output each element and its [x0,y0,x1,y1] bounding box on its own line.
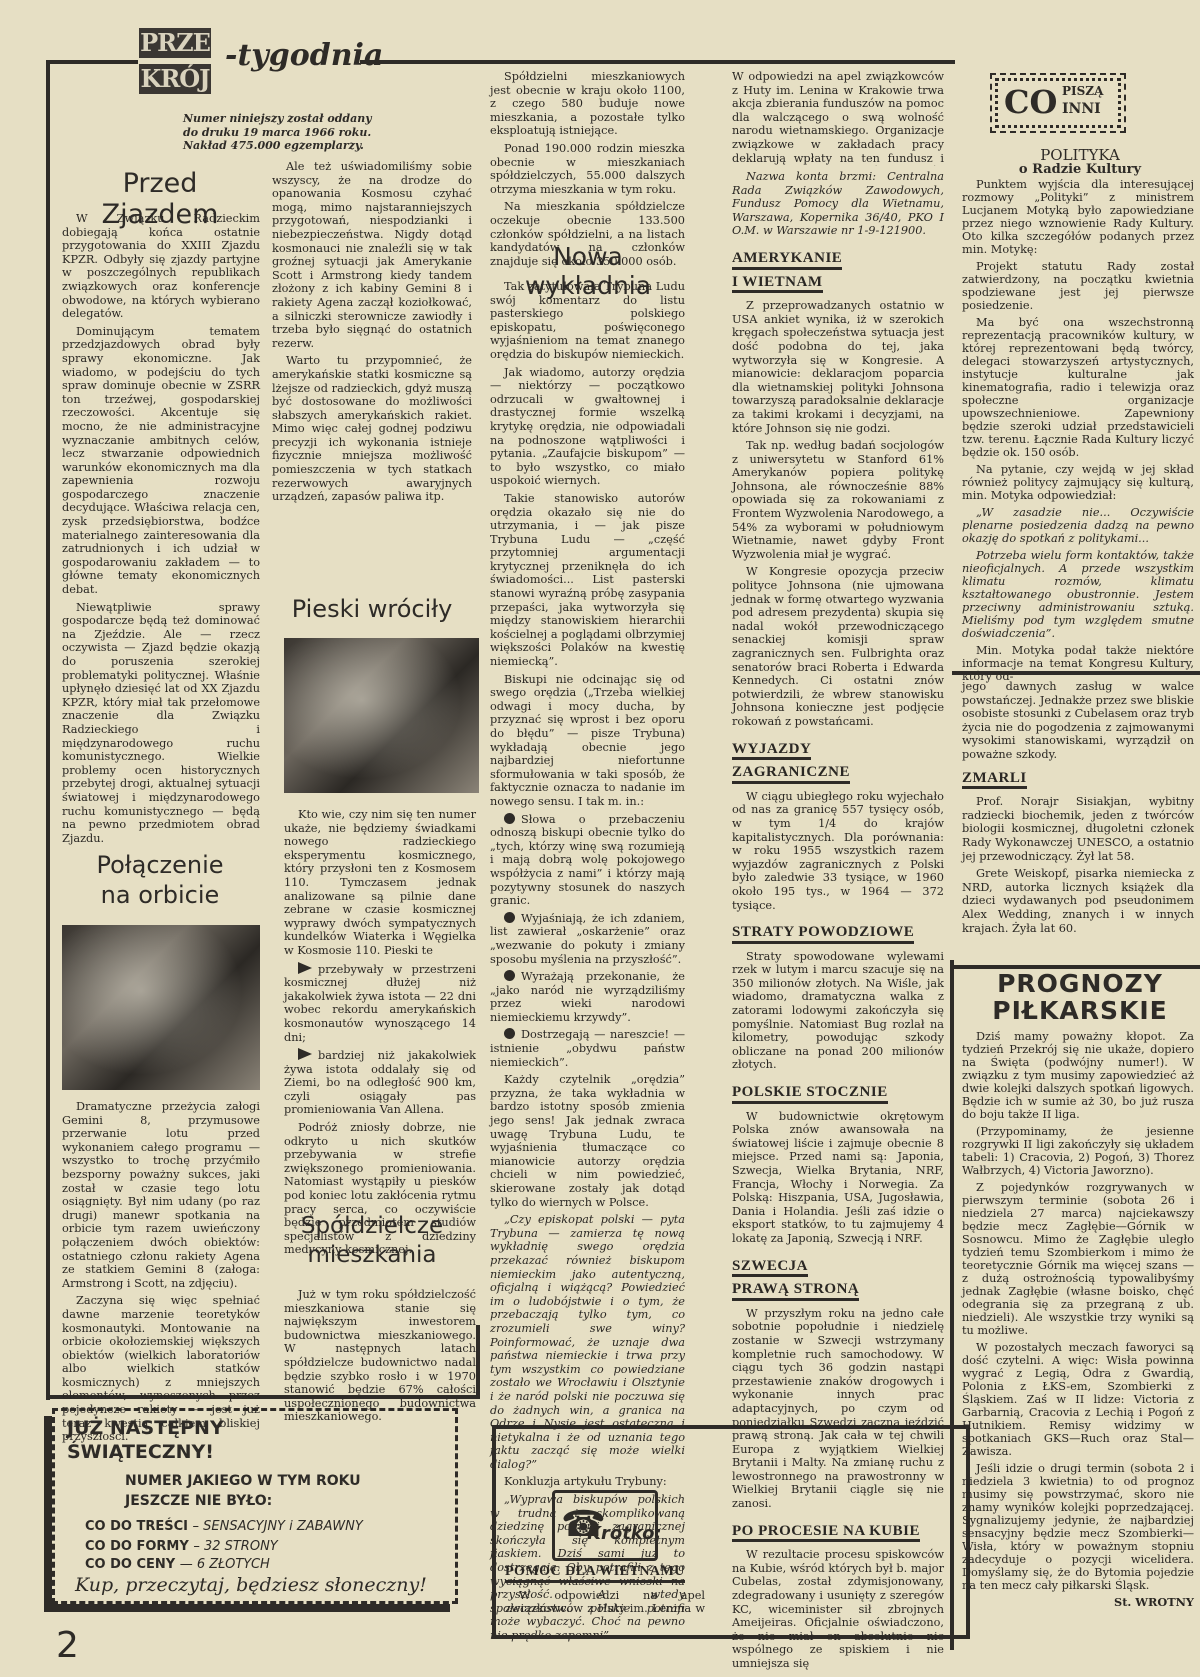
promo-row-tresc: CO DO TREŚCI – SENSACYJNY i ZABAWNY [85,1519,363,1534]
promo-label: CO DO FORMY [85,1539,189,1554]
promo-slogan: Kup, przeczytaj, będziesz słoneczny! [75,1574,427,1596]
round-bullet-icon [504,1028,515,1039]
heading-prawa-strona: PRAWĄ STRONĄ [732,1283,859,1301]
paragraph: (Przypominamy, że jesienne rozgrywki II … [962,1125,1194,1177]
paragraph: Tak zatytułowała Trybuna Ludu swój komen… [490,280,685,362]
paragraph: Takie stanowisko autorów orędzia okazało… [490,492,685,669]
imprint-line: do druku 19 marca 1966 roku. [183,126,372,140]
paragraph: Niewątpliwie sprawy gospodarcze będą też… [62,601,260,846]
paragraph: jego dawnych zasług w walce powstańczej.… [962,680,1194,762]
imprint-line: Nakład 475.000 egzemplarzy. [183,139,372,153]
krotko-logo-label: Krótko: [587,1523,662,1544]
prognozy-frame-left [950,960,954,1650]
bullet-text: Słowa o przebaczeniu odnoszą biskupi obe… [490,813,685,908]
frame-mid-vertical [476,1325,480,1399]
promo-line3: NUMER JAKIEGO W TYM ROKU [125,1473,361,1489]
paragraph: W pozostałych meczach faworyci są dość c… [962,1341,1194,1458]
logo-co: CO [1004,83,1057,121]
triangle-bullet-icon [298,962,312,974]
paragraph: Spółdzielni mieszkaniowych jest obecnie … [490,70,685,138]
article-polaczenie: Dramatyczne przeżycia załogi Gemini 8, p… [62,1100,260,1448]
heading-pieski: Pieski wróciły [272,595,472,623]
photo-dogs [284,638,479,793]
heading-prognozy: PROGNOZY PIŁKARSKIE [960,970,1200,1024]
paragraph: W budownictwie okrętowym Polska znów awa… [732,1110,944,1246]
promo-value: – SENSACYJNY i ZABAWNY [193,1519,363,1534]
logo-pisza: PISZĄ [1062,84,1103,98]
krotko-item-pomoc: POMOC DLA WIETNAMU W odpowiedzi na apel … [505,1565,705,1621]
round-bullet-icon [504,912,515,923]
bullet-item: Słowa o przebaczeniu odnoszą biskupi obe… [490,813,685,908]
imprint-line: Numer niniejszy został oddany [183,112,372,126]
paragraph: W przyszłym roku na jedno całe sobotnie … [732,1307,944,1511]
promo-box: JUŻ NASTĘPNY ŚWIĄTECZNY! NUMER JAKIEGO W… [52,1408,458,1604]
article-przed-zjazdem: W Związku Radzieckim dobiegają końca ost… [62,212,260,849]
heading-i-wietnam: I WIETNAM [732,276,823,294]
article-spoldzielcze: Już w tym roku spółdzielczość mieszkanio… [284,1288,476,1428]
paragraph: Projekt statutu Rady został zatwierdzony… [962,260,1194,312]
imprint: Numer niniejszy został oddany do druku 1… [183,112,372,153]
promo-value: — 6 ZŁOTYCH [180,1557,270,1572]
paragraph: Straty spowodowane wylewami rzek w lutym… [732,950,944,1072]
bullet-item: Wyrażają przekonanie, że „jako naród nie… [490,970,685,1024]
krotko-item-kuba-cont: jego dawnych zasług w walce powstańczej.… [962,680,1194,939]
co-pisza-inni-logo: CO PISZĄ INNI [995,78,1121,128]
promo-row-forma: CO DO FORMY – 32 STRONY [85,1539,278,1554]
heading-straty-powodziowe: STRATY POWODZIOWE [732,926,914,944]
page-number: 2 [56,1625,79,1666]
bullet-item: przebywały w przestrzeni kosmicznej dłuż… [284,962,476,1045]
promo-line1: JUŻ NASTĘPNY [67,1417,224,1439]
heading-spoldzielcze: Spółdzielcze mieszkania [272,1212,472,1270]
triangle-bullet-icon [298,1048,312,1060]
promo-line2: ŚWIĄTECZNY! [67,1441,214,1463]
paragraph: Na pytanie, czy wejdą w jej skład równie… [962,463,1194,502]
heading-line: na orbicie [101,881,220,909]
paragraph: Kto wie, czy nim się ten numer ukaże, ni… [284,808,476,958]
heading-line: PIŁKARSKIE [992,996,1167,1025]
heading-pomoc-dla-wietnamu: POMOC DLA WIETNAMU [505,1565,685,1583]
paragraph: W Związku Radzieckim dobiegają końca ost… [62,212,260,321]
frame-top-rule [46,60,138,64]
bullet-item: Dostrzegają — nareszcie! — istnienie „ob… [490,1028,685,1069]
paragraph: Potrzeba wielu form kontaktów, także nie… [962,549,1194,640]
article-polaczenie-cont: Ale też uświadomiliśmy sobie wszyscy, że… [272,160,472,508]
paragraph: Z przeprowadzanych ostatnio w USA ankiet… [732,299,944,435]
promo-label: CO DO TREŚCI [85,1519,188,1534]
heading-po-procesie: PO PROCESIE NA KUBIE [732,1525,920,1543]
bullet-text: przebywały w przestrzeni kosmicznej dłuż… [284,963,476,1044]
heading-line: Spółdzielcze [301,1213,443,1239]
krotko-items-column: W odpowiedzi na apel związkowców z Huty … [732,70,944,1675]
paragraph: Jak wiadomo, autorzy orędzia — niektórzy… [490,366,685,488]
paragraph: Biskupi nie odcinając się od swego orędz… [490,673,685,809]
paragraph: Punktem wyjścia dla interesującej rozmow… [962,178,1194,256]
author-byline: St. WROTNY [962,1596,1194,1609]
paragraph: Tak np. według badań socjologów z uniwer… [732,439,944,561]
article-prognozy: Dziś mamy poważny kłopot. Za tydzień Prz… [962,1030,1194,1613]
heading-o-radzie-kultury: o Radzie Kultury [960,162,1200,177]
heading-zmarli: ZMARLI [962,772,1027,790]
bullet-text: Wyrażają przekonanie, że „jako naród nie… [490,970,685,1024]
heading-szwecja: SZWECJA [732,1260,808,1278]
paragraph: Jeśli idzie o drugi termin (sobota 2 i n… [962,1462,1194,1592]
promo-label: CO DO CENY [85,1557,175,1572]
photo-astronauts [62,925,260,1090]
article-co-pisza-inni: Punktem wyjścia dla interesującej rozmow… [962,178,1194,687]
heading-amerykanie: AMERYKANIE [732,252,842,270]
bullet-text: Dostrzegają — nareszcie! — istnienie „ob… [490,1028,685,1068]
paragraph: Dziś mamy poważny kłopot. Za tydzień Prz… [962,1030,1194,1121]
promo-line4: JESZCZE NIE BYŁO: [125,1493,272,1509]
paragraph: Nazwa konta brzmi: Centralna Rada Związk… [732,170,944,238]
paragraph: Z pojedynków rozgrywanych w pierwszym te… [962,1181,1194,1337]
paragraph: Ma być ona wszechstronną reprezentacją p… [962,316,1194,459]
paragraph: W odpowiedzi na apel związkowców z Huty … [505,1589,705,1617]
round-bullet-icon [504,970,515,981]
bullet-item: Wyjaśniają, że ich zdaniem, list zawiera… [490,912,685,966]
paragraph: Już w tym roku spółdzielczość mieszkanio… [284,1288,476,1424]
promo-row-cena: CO DO CENY — 6 ZŁOTYCH [85,1557,270,1572]
round-bullet-icon [504,813,515,824]
bullet-item: bardziej niż jakakolwiek żywa istota odd… [284,1048,476,1117]
paragraph: W Kongresie opozycja przeciw polityce Jo… [732,565,944,728]
paragraph: Każdy czytelnik „orędzia” przyzna, że ta… [490,1073,685,1209]
paragraph: Prof. Norajr Sisiakjan, wybitny radzieck… [962,795,1194,863]
paragraph: W ciągu ubiegłego roku wyjechało od nas … [732,790,944,912]
krotko-logo: ☎ Krótko: [552,1490,658,1561]
promo-value: – 32 STRONY [193,1539,277,1554]
logo-line-prze: PRZE [139,28,211,58]
paragraph: W rezultacie procesu spiskowców na Kubie… [732,1548,944,1670]
bullet-text: bardziej niż jakakolwiek żywa istota odd… [284,1049,476,1116]
heading-polaczenie: Połączenie na orbicie [60,850,260,910]
article-pieski: Kto wie, czy nim się ten numer ukaże, ni… [284,808,476,1261]
paragraph: „W zasadzie nie... Oczywiście plenarne p… [962,506,1194,545]
paragraph: Ponad 190.000 rodzin mieszka obecnie w m… [490,142,685,196]
paragraph: Warto tu przypomnieć, że amerykańskie st… [272,354,472,504]
heading-line: Połączenie [96,851,223,879]
paragraph: Dominującym tematem przedzjazdowych obra… [62,325,260,597]
heading-zagraniczne: ZAGRANICZNE [732,766,850,784]
logo-inni: INNI [1062,101,1101,117]
paragraph: Ale też uświadomiliśmy sobie wszyscy, że… [272,160,472,350]
heading-line: PROGNOZY [997,969,1163,998]
heading-line: mieszkania [307,1242,436,1268]
paragraph: W odpowiedzi na apel związkowców z Huty … [732,70,944,166]
heading-polskie-stocznie: POLSKIE STOCZNIE [732,1086,888,1104]
heading-wyjazdy: WYJAZDY [732,743,811,761]
paragraph: Dramatyczne przeżycia załogi Gemini 8, p… [62,1100,260,1290]
bullet-text: Wyjaśniają, że ich zdaniem, list zawiera… [490,912,685,966]
paragraph: Grete Weiskopf, pisarka niemiecka z NRD,… [962,867,1194,935]
